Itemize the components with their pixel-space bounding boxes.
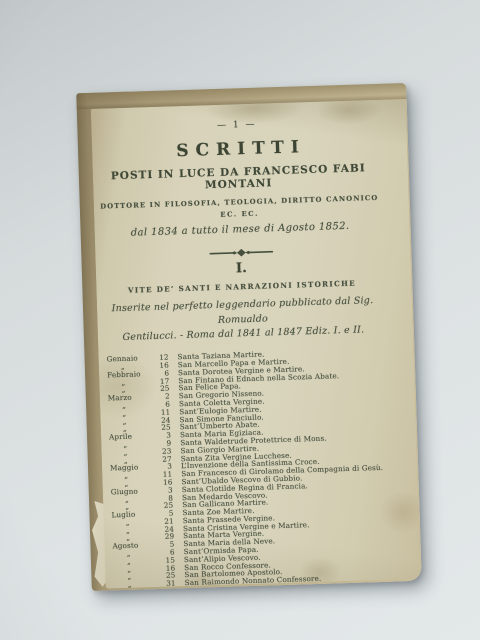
section-note-line2: Gentilucci. - Roma dal 1841 al 1847 Ediz… [122,325,364,344]
photo-background: — 1 — SCRITTI POSTI IN LUCE DA FRANCESCO… [0,0,480,640]
section-note-line1: Inserite nel perfetto leggendario pubbli… [112,295,374,326]
section-note: Inserite nel perfetto leggendario pubbli… [101,294,385,347]
author-line: POSTI IN LUCE DA FRANCESCO FABI MONTANI [97,162,381,195]
page-title: SCRITTI [103,135,379,164]
divider-ornament [99,238,382,256]
printed-content: — 1 — SCRITTI POSTI IN LUCE DA FRANCESCO… [91,99,421,589]
section-number: I. [100,256,383,281]
date-range-line: dal 1834 a tutto il mese di Agosto 1852. [99,220,382,240]
page-number: — 1 — [95,116,378,135]
page: — 1 — SCRITTI POSTI IN LUCE DA FRANCESCO… [91,99,421,589]
booklet: — 1 — SCRITTI POSTI IN LUCE DA FRANCESCO… [76,83,421,591]
day-number: 31 [160,580,176,588]
section-title: VITE DE’ SANTI E NARRAZIONI ISTORICHE [100,278,383,296]
saints-list: Gennaio 12 Santa Taziana Martire. „ 16 S… [103,347,393,590]
month-label: „ [114,580,160,589]
